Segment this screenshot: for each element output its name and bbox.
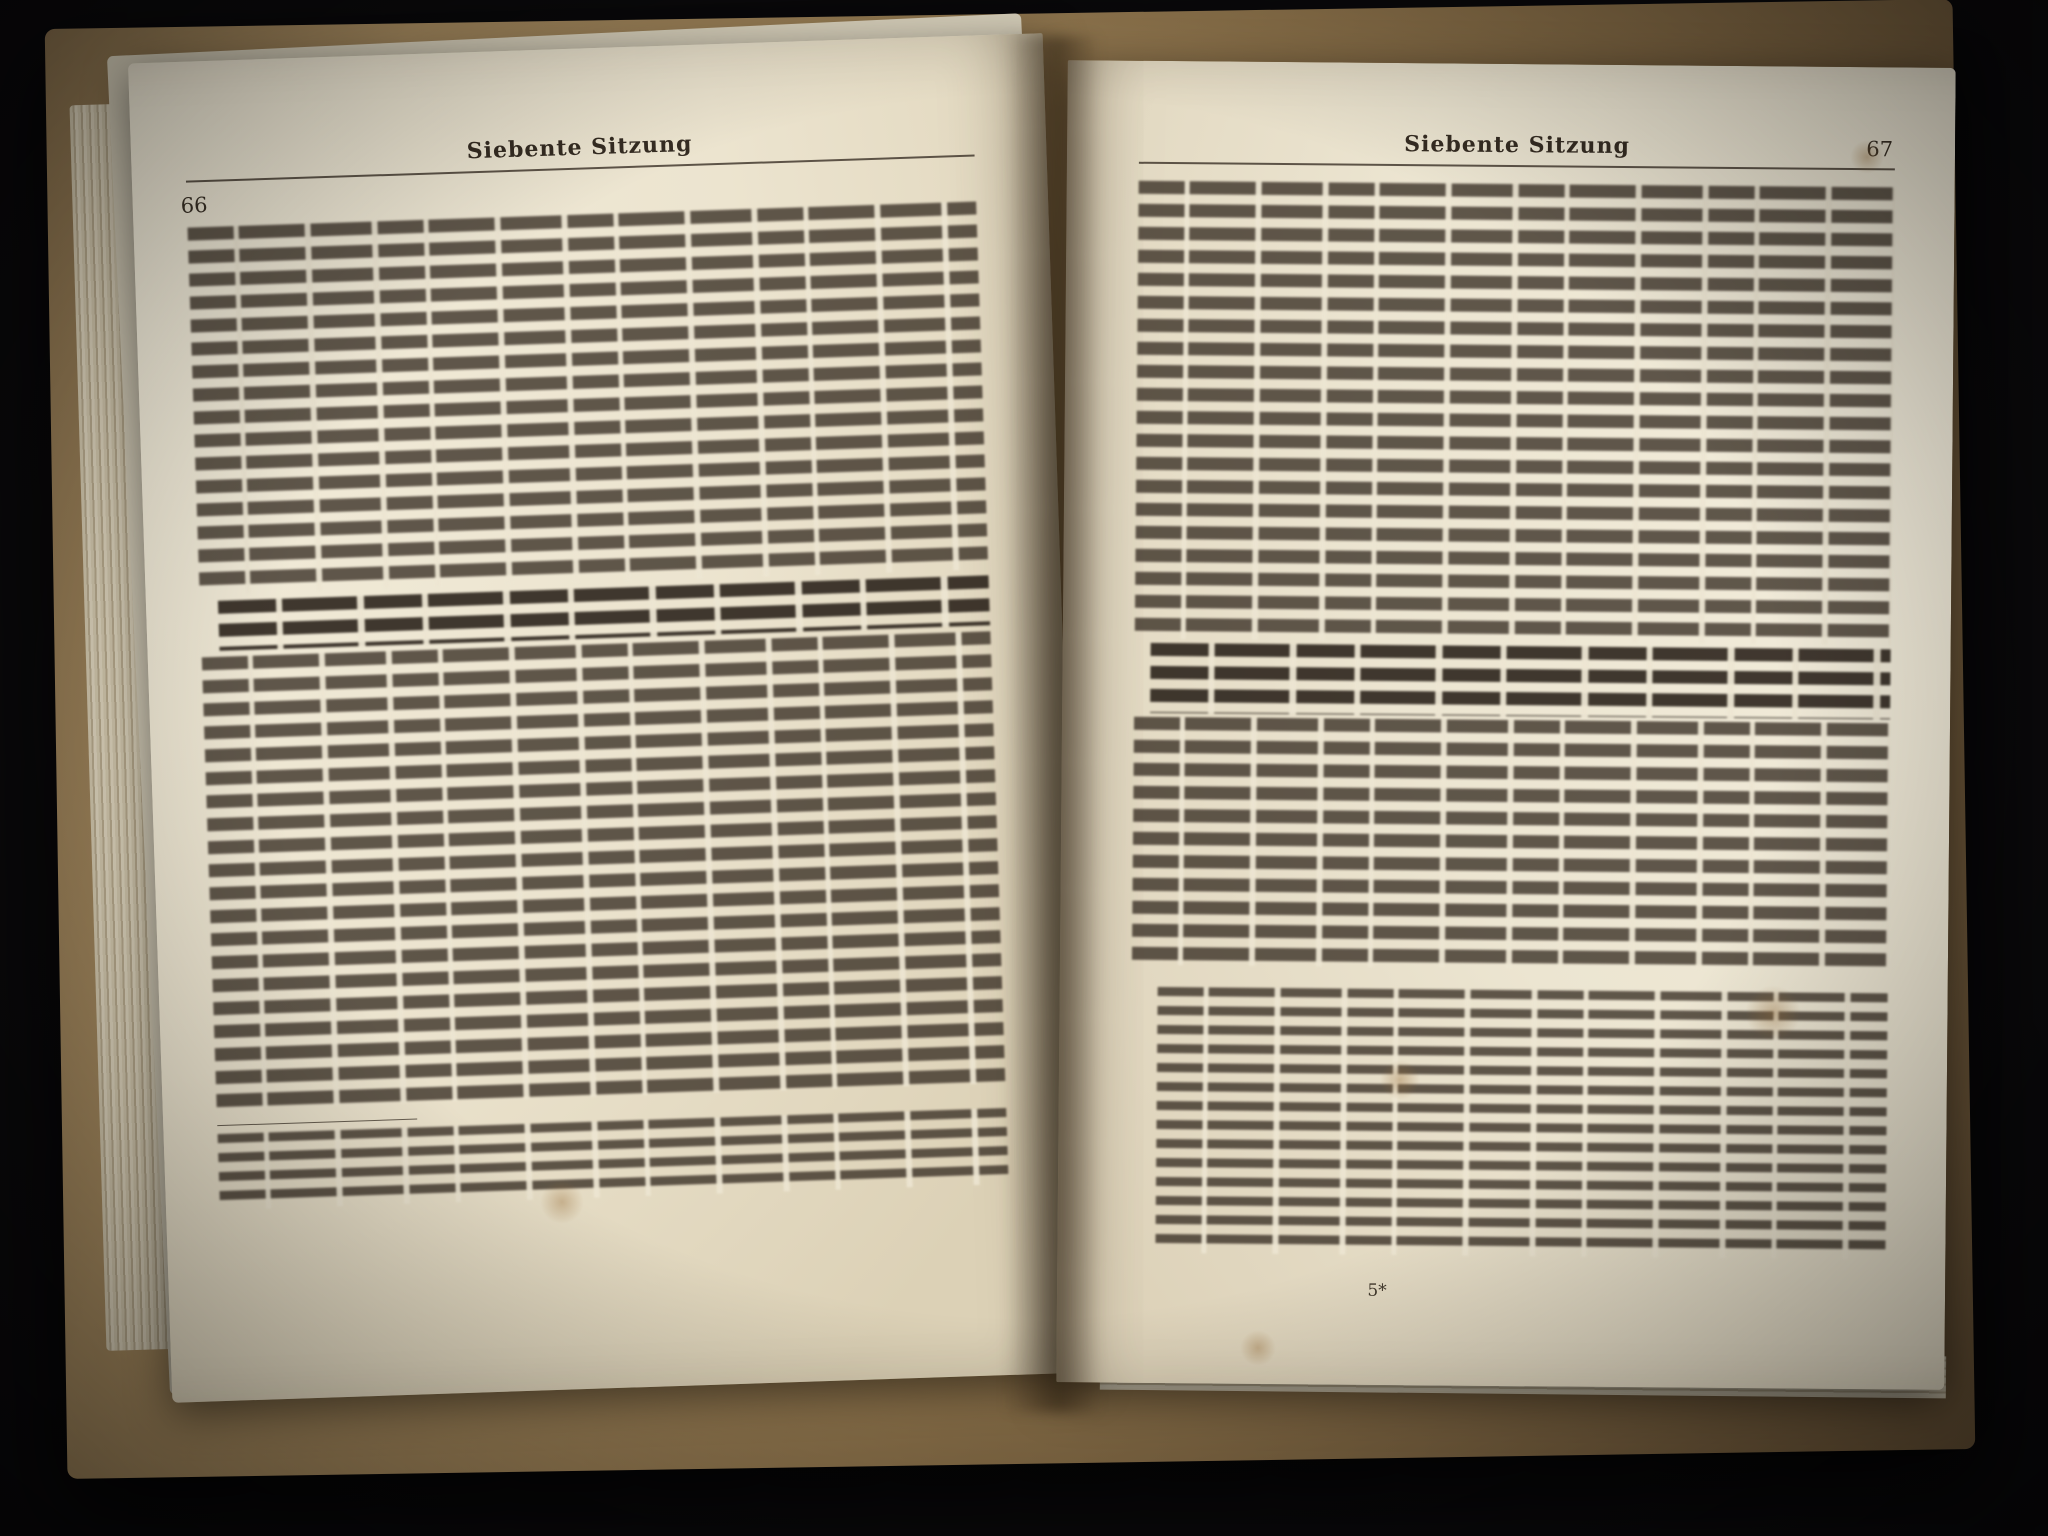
left-running-head-row: Siebente Sitzung: [185, 122, 975, 182]
left-page: Siebente Sitzung 66: [128, 33, 1087, 1403]
right-page: Siebente Sitzung 67 5*: [1056, 60, 1956, 1390]
left-footnote-rule: [217, 1119, 417, 1127]
left-body-text-placeholder: [188, 201, 989, 595]
right-body-text-placeholder: [1135, 181, 1895, 646]
left-footnote-text-placeholder: [218, 1108, 1009, 1210]
foxing-spot: [1745, 985, 1801, 1041]
printers-signature-mark: 5*: [999, 1278, 1755, 1305]
right-running-head-row: Siebente Sitzung 67: [1139, 129, 1895, 170]
left-body-text-placeholder: [202, 631, 1006, 1109]
spine-shadow: [1004, 36, 1100, 1412]
book-photo-scene: Siebente Sitzung 66 Siebente Sitzung 67: [0, 0, 2048, 1536]
right-quote-text-placeholder: [1150, 643, 1891, 719]
right-running-head: Siebente Sitzung: [1139, 129, 1895, 162]
right-body-text-placeholder: [1132, 717, 1890, 972]
foxing-spot: [1380, 1060, 1420, 1100]
left-page-number: 66: [180, 193, 208, 218]
right-head-rule: [1139, 162, 1895, 171]
foxing-spot: [540, 1180, 584, 1224]
foxing-spot: [1240, 1330, 1276, 1366]
foxing-spot: [1850, 140, 1884, 174]
left-running-head: Siebente Sitzung: [185, 122, 974, 174]
